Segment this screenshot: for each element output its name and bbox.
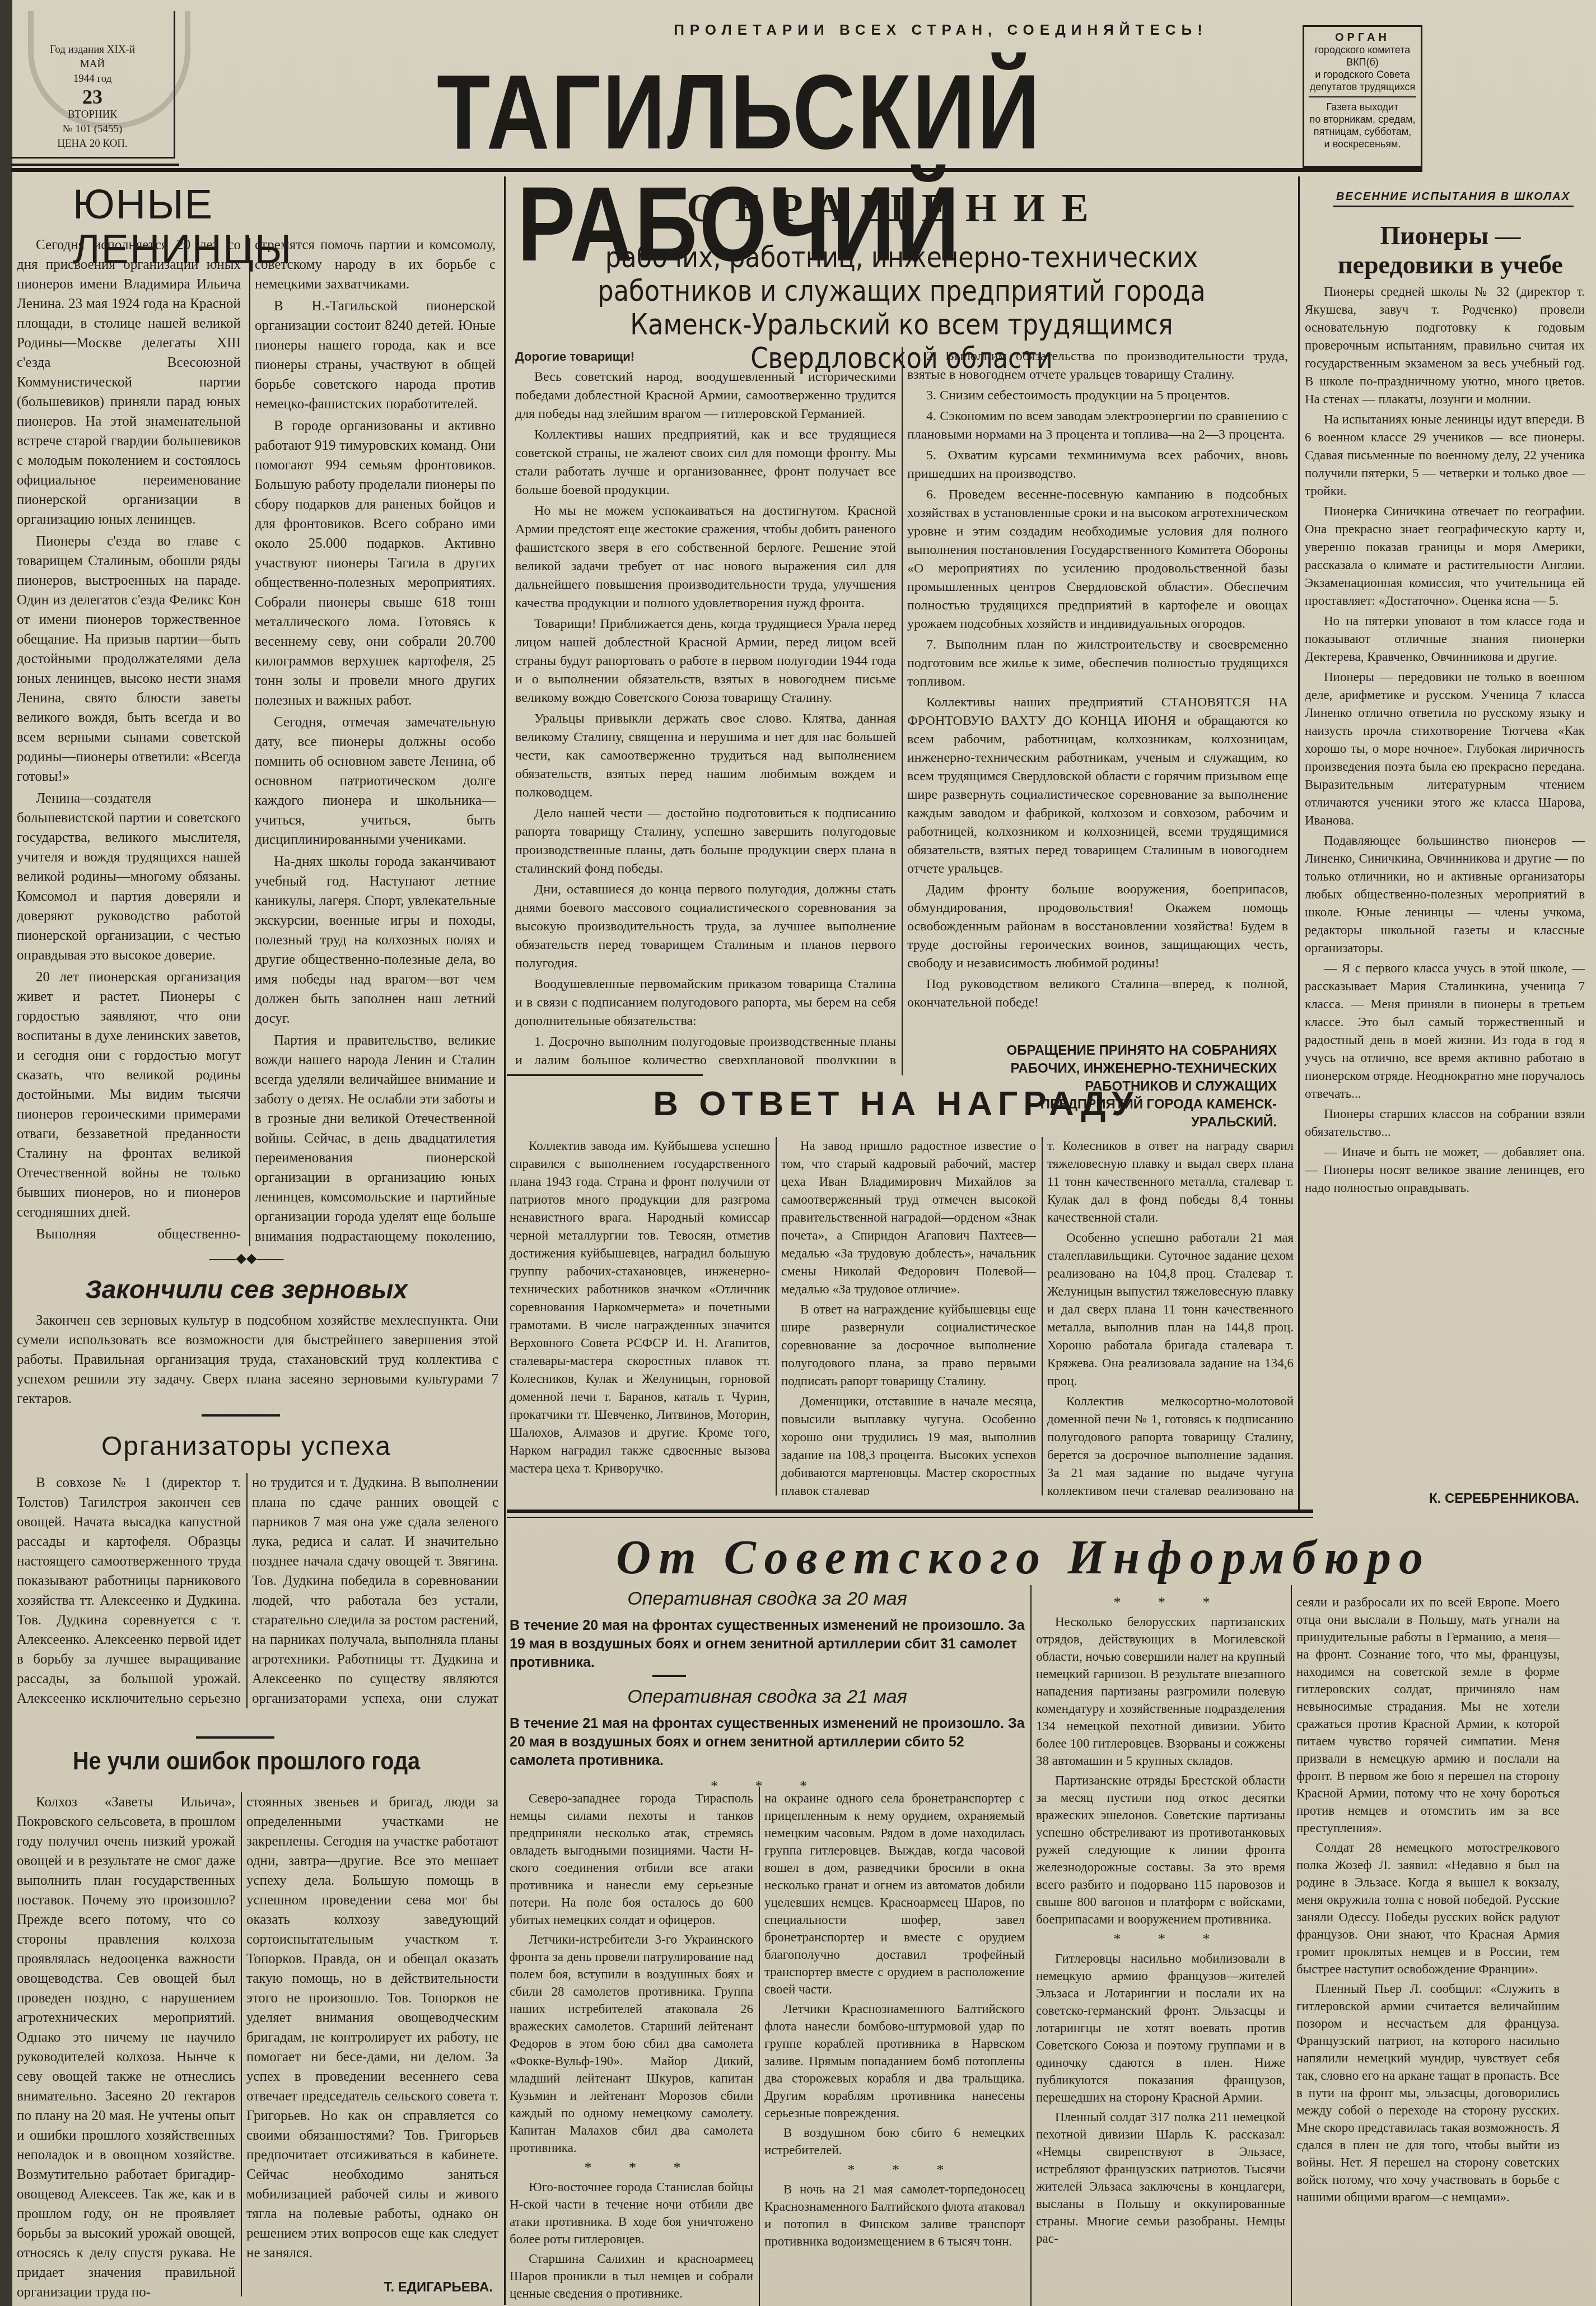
organ-line: городского комитета ВКП(б): [1304, 44, 1421, 68]
masthead-rule: [11, 168, 1422, 172]
svodka-20-text: В течение 20 мая на фронтах существенных…: [510, 1616, 1025, 1672]
column-rule: [241, 1792, 242, 2296]
article-column: Коллектив завода им. Куйбышева успешно с…: [510, 1137, 770, 1496]
article-column: на окраине одного села бронетранспортер …: [764, 1790, 1025, 2305]
paragraph: 3. Снизим себестоимость продукции на 5 п…: [907, 386, 1288, 405]
paragraph: В городе организованы и активно работают…: [255, 416, 496, 710]
paragraph: стоянных звеньев и бригад, люди за опред…: [246, 1792, 498, 2263]
paragraph: Коллективы наших предприятий СТАНОВЯТСЯ …: [907, 693, 1288, 878]
article-body: Закончен сев зерновых культур в подсобно…: [17, 1311, 498, 1411]
paragraph: Дни, оставшиеся до конца первого полугод…: [515, 881, 896, 973]
byline: Т. ЕДИГАРЬЕВА.: [314, 2280, 493, 2295]
paragraph: Старшина Салихин и красноармеец Шаров пр…: [510, 2250, 753, 2302]
headline-organizatory: Организаторы успеха: [45, 1431, 448, 1462]
issue-date-box: Год издания XIX-й МАЙ 1944 год 23 ВТОРНИ…: [11, 11, 175, 159]
column-rule: [1291, 1585, 1292, 2306]
paragraph: На-днях школы города заканчивают учебный…: [255, 852, 496, 1028]
column-rule: [246, 1473, 248, 1708]
greeting: Дорогие товарищи!: [515, 347, 896, 366]
paragraph: Северо-западнее города Тирасполь немцы с…: [510, 1790, 753, 1928]
paragraph: На испытаниях юные ленинцы идут впереди.…: [1305, 411, 1585, 500]
article-column: На завод пришло радостное известие о том…: [781, 1137, 1036, 1496]
divider: [202, 1414, 280, 1417]
paragraph: Дадим фронту больше вооружения, боеприпа…: [907, 881, 1288, 973]
column-rule: [759, 1787, 760, 2306]
paragraph: Пионеры — передовики не только в военном…: [1305, 668, 1585, 830]
organ-box: ОРГАН городского комитета ВКП(б) и город…: [1303, 25, 1422, 169]
article-column: Дорогие товарищи! Весь советский народ, …: [515, 347, 896, 1064]
paragraph: т. Колесников в ответ на награду сварил …: [1047, 1137, 1294, 1227]
paragraph: Особенно успешно работали 21 мая сталепл…: [1047, 1229, 1294, 1390]
divider: [507, 1074, 703, 1076]
scan-edge: [0, 0, 12, 2306]
article-column: Северо-западнее города Тирасполь немцы с…: [510, 1790, 753, 2305]
article-column: Колхоз «Заветы Ильича», Покровского сель…: [17, 1792, 235, 2302]
article-column: стоянных звеньев и бригад, люди за опред…: [246, 1792, 498, 2274]
paragraph: Партизанские отряды Брестской области за…: [1036, 1772, 1285, 1928]
paragraph: Пленный солдат 317 полка 211 немецкой пе…: [1036, 2108, 1285, 2247]
paragraph: Солдат 28 немецкого мотострелкового полк…: [1296, 1839, 1560, 1978]
paragraph: Пионеры с'езда во главе с товарищем Стал…: [17, 532, 241, 786]
paragraph: Сегодня исполняется 20 лет со дня присво…: [17, 235, 241, 529]
paragraph: В совхозе № 1 (директор т. Толстов) Таги…: [17, 1473, 241, 1708]
headline-obrashchenie: ОБРАЩЕНИЕ: [588, 185, 1204, 231]
paragraph: Закончен сев зерновых культур в подсобно…: [17, 1311, 498, 1409]
section-rule: [507, 1510, 1313, 1513]
paragraph: Выполняя общественно-полезную работу, юн…: [17, 1224, 241, 1243]
paragraph: Гитлеровцы насильно мобилизовали в немец…: [1036, 1950, 1285, 2106]
article-column: Пионеры средней школы № 32 (директор т. …: [1305, 283, 1585, 1482]
paragraph: Несколько белорусских партизанских отряд…: [1036, 1613, 1285, 1769]
paragraph: Коллективы наших предприятий, как и все …: [515, 426, 896, 500]
paragraph: Юго-восточнее города Станислав бойцы Н-с…: [510, 2178, 753, 2248]
article-column: но трудится и т. Дудкина. В выполнении п…: [252, 1473, 498, 1708]
svodka-21-text: В течение 21 мая на фронтах существенных…: [510, 1715, 1025, 1770]
svodka-20-title: Оперативная сводка за 20 мая: [510, 1588, 1025, 1610]
paragraph: 6. Проведем весенне-посевную кампанию в …: [907, 486, 1288, 633]
svodka-21: Оперативная сводка за 21 мая В течение 2…: [510, 1686, 1025, 1795]
paragraph: 2. Выполним обязательства по производите…: [907, 347, 1288, 384]
paragraph: Летчики Краснознаменного Балтийского фло…: [764, 2000, 1025, 2122]
paragraph: Но на пятерки уповают в том классе года …: [1305, 612, 1585, 666]
paragraph: Товарищи! Приближается день, когда трудя…: [515, 615, 896, 707]
paragraph: Ленина—создателя большевистской партии и…: [17, 789, 241, 965]
organ-divider: [1309, 96, 1416, 97]
paragraph: Летчики-истребители 3-го Украинского фро…: [510, 1931, 753, 2156]
paragraph: но трудится и т. Дудкина. В выполнении п…: [252, 1473, 498, 1708]
divider: [196, 1736, 274, 1739]
article-column: 2. Выполним обязательства по производите…: [907, 347, 1288, 1042]
headline-zakonchili-sev: Закончили сев зерновых: [45, 1274, 448, 1305]
ornament-divider: ——◆◆——: [151, 1250, 342, 1266]
column-rule: [776, 1137, 777, 1496]
slogan: ПРОЛЕТАРИИ ВСЕХ СТРАН, СОЕДИНЯЙТЕСЬ!: [672, 21, 1210, 39]
stars-separator: * * *: [1036, 1930, 1285, 1948]
paragraph: 4. Сэкономим по всем заводам электроэнер…: [907, 407, 1288, 444]
article-column: В совхозе № 1 (директор т. Толстов) Таги…: [17, 1473, 241, 1708]
column-rule: [902, 347, 903, 1075]
paragraph: В Н.-Тагильской пионерской организации с…: [255, 296, 496, 414]
paragraph: В воздушном бою сбито 6 немецких истреби…: [764, 2124, 1025, 2159]
article-column: т. Колесников в ответ на награду сварил …: [1047, 1137, 1294, 1496]
schedule-line: Газета выходит: [1304, 101, 1421, 113]
organ-heading: ОРГАН: [1304, 31, 1421, 44]
stars-separator: * * *: [764, 2161, 1025, 2178]
headline-v-otvet: В ОТВЕТ НА НАГРАДУ: [616, 1084, 1176, 1124]
svodka-20: Оперативная сводка за 20 мая В течение 2…: [510, 1588, 1025, 1672]
article-column: сеяли и разбросали их по всей Европе. Мо…: [1296, 1594, 1560, 2282]
paragraph: 5. Охватим курсами техминимума всех рабо…: [907, 446, 1288, 483]
paragraph: Пионеры старших классов на собрании взял…: [1305, 1105, 1585, 1141]
column-rule: [1042, 1137, 1043, 1496]
divider: [652, 1675, 686, 1677]
paragraph: Пионеры средней школы № 32 (директор т. …: [1305, 283, 1585, 408]
svodka-21-title: Оперативная сводка за 21 мая: [510, 1686, 1025, 1708]
paragraph: стремятся помочь партии и комсомолу, сов…: [255, 235, 496, 294]
paragraph: 20 лет пионерская организация живет и ра…: [17, 967, 241, 1222]
paragraph: Колхоз «Заветы Ильича», Покровского сель…: [17, 1792, 235, 2302]
paragraph: — Я с первого класса учусь в этой школе,…: [1305, 959, 1585, 1103]
paragraph: Коллектив мелкосортно-молотовой доменной…: [1047, 1392, 1294, 1496]
paragraph: Пионерка Синичкина отвечает по географии…: [1305, 502, 1585, 610]
schedule-line: по вторникам, средам,: [1304, 113, 1421, 125]
paragraph: Воодушевленные первомайским приказом тов…: [515, 975, 896, 1031]
paragraph: Сегодня, отмечая замечательную дату, все…: [255, 712, 496, 850]
paragraph: сеяли и разбросали их по всей Европе. Мо…: [1296, 1594, 1560, 1837]
paragraph: Подавляющее большинство пионеров — Линен…: [1305, 832, 1585, 957]
paragraph: Коллектив завода им. Куйбышева успешно с…: [510, 1137, 770, 1478]
stars-separator: * * *: [510, 2159, 753, 2176]
paragraph: Под руководством великого Сталина—вперед…: [907, 975, 1288, 1012]
paragraph: Дело нашей чести — достойно подготовитьс…: [515, 804, 896, 878]
column-rule: [504, 176, 506, 2305]
stars-separator: * * *: [1036, 1594, 1285, 1611]
section-rule: [507, 1517, 1313, 1518]
paragraph: — Иначе и быть не может, — добавляет она…: [1305, 1143, 1585, 1197]
headline-ne-uchli: Не учли ошибок прошлого года: [65, 1748, 428, 1776]
paragraph: Весь советский народ, воодушевленный ист…: [515, 368, 896, 423]
date-box-underline: [11, 164, 179, 166]
organ-line: и городского Совета: [1304, 68, 1421, 81]
schedule-line: пятницам, субботам,: [1304, 125, 1421, 138]
paragraph: Пленный Пьер Л. сообщил: «Служить в гитл…: [1296, 1980, 1560, 2206]
paragraph: Но мы не можем успокаиваться на достигну…: [515, 502, 896, 613]
article-column: стремятся помочь партии и комсомолу, сов…: [255, 235, 496, 1243]
paragraph: Партия и правительство, великие вожди на…: [255, 1031, 496, 1243]
newspaper-page: Год издания XIX-й МАЙ 1944 год 23 ВТОРНИ…: [0, 0, 1596, 2306]
section-kicker: ВЕСЕННИЕ ИСПЫТАНИЯ В ШКОЛАХ: [1333, 190, 1574, 207]
column-rule: [249, 238, 250, 1246]
paragraph: В ответ на награждение куйбышевцы еще ши…: [781, 1301, 1036, 1390]
article-column: * * * Несколько белорусских партизанских…: [1036, 1594, 1285, 2305]
column-rule: [1298, 176, 1300, 1510]
paragraph: 7. Выполним план по жилстроительству и с…: [907, 636, 1288, 691]
paragraph: В ночь на 21 мая самолет-торпедоносец Кр…: [764, 2181, 1025, 2250]
headline-pionery: Пионеры — передовики в учебе: [1310, 221, 1590, 279]
paragraph: Уральцы привыкли держать свое слово. Кля…: [515, 710, 896, 802]
byline: К. СЕРЕБРЕННИКОВА.: [1366, 1491, 1579, 1507]
column-rule: [1030, 1585, 1032, 2306]
schedule-line: и воскресеньям.: [1304, 138, 1421, 150]
price: ЦЕНА 20 КОП.: [11, 137, 174, 151]
paragraph: Доменщики, отставшие в начале месяца, по…: [781, 1392, 1036, 1496]
paragraph: на окраине одного села бронетранспортер …: [764, 1790, 1025, 1998]
organ-line: депутатов трудящихся: [1304, 81, 1421, 93]
paragraph: На завод пришло радостное известие о том…: [781, 1137, 1036, 1298]
headline-sovinformburo: От Советского Информбюро: [616, 1529, 1456, 1585]
paragraph: 1. Досрочно выполним полугодовые произво…: [515, 1033, 896, 1064]
article-column: Сегодня исполняется 20 лет со дня присво…: [17, 235, 241, 1243]
